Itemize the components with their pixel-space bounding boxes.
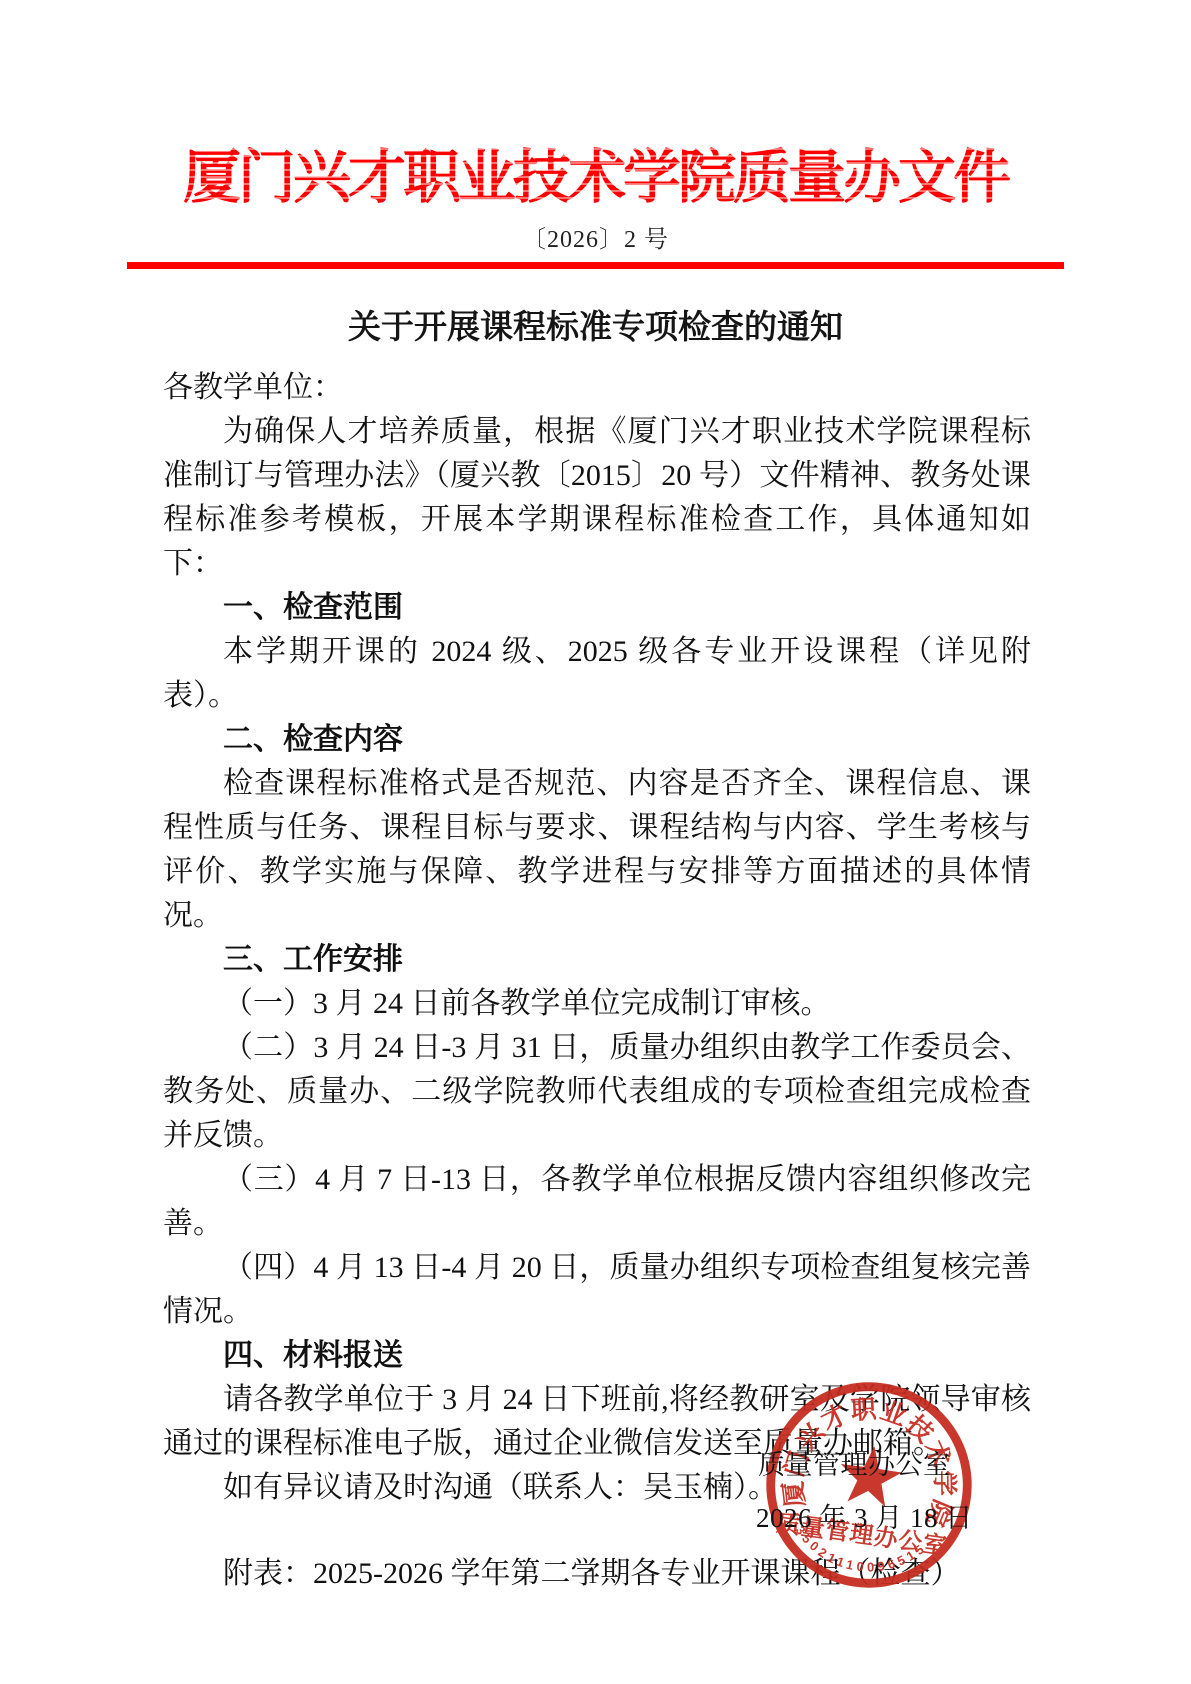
doc-number: 〔2026〕2 号 bbox=[0, 219, 1191, 254]
official-stamp: 厦门兴才职业技术学院 质量管理办公室 35021110096515 bbox=[756, 1372, 982, 1598]
signature-date: 2026 年 3 月 18 日 bbox=[756, 1496, 973, 1535]
document-page: 厦门兴才职业技术学院质量办文件 〔2026〕2 号 关于开展课程标准专项检查的通… bbox=[0, 0, 1191, 1684]
letterhead-title: 厦门兴才职业技术学院质量办文件 bbox=[0, 143, 1191, 213]
section-heading-2: 二、检查内容 bbox=[163, 718, 1031, 762]
salutation-line: 各教学单位： bbox=[163, 366, 1031, 410]
page-number: 1 bbox=[0, 1564, 1185, 1589]
section-2-paragraph: 检查课程标准格式是否规范、内容是否齐全、课程信息、课程性质与任务、课程目标与要求… bbox=[163, 762, 1031, 938]
notice-title: 关于开展课程标准专项检查的通知 bbox=[0, 301, 1191, 348]
red-divider-line bbox=[127, 262, 1064, 269]
schedule-item-4: （四）4 月 13 日-4 月 20 日，质量办组织专项检查组复核完善情况。 bbox=[163, 1246, 1031, 1334]
intro-paragraph: 为确保人才培养质量，根据《厦门兴才职业技术学院课程标准制订与管理办法》（厦兴教〔… bbox=[163, 410, 1031, 586]
signature-office: 质量管理办公室 bbox=[758, 1443, 951, 1482]
section-heading-3: 三、工作安排 bbox=[163, 938, 1031, 982]
section-1-paragraph: 本学期开课的 2024 级、2025 级各专业开设课程（详见附表）。 bbox=[163, 630, 1031, 718]
schedule-item-1: （一）3 月 24 日前各教学单位完成制订审核。 bbox=[163, 982, 1031, 1026]
section-heading-1: 一、检查范围 bbox=[163, 586, 1031, 630]
schedule-item-2: （二）3 月 24 日-3 月 31 日，质量办组织由教学工作委员会、教务处、质… bbox=[163, 1026, 1031, 1158]
schedule-item-3: （三）4 月 7 日-13 日，各教学单位根据反馈内容组织修改完善。 bbox=[163, 1158, 1031, 1246]
